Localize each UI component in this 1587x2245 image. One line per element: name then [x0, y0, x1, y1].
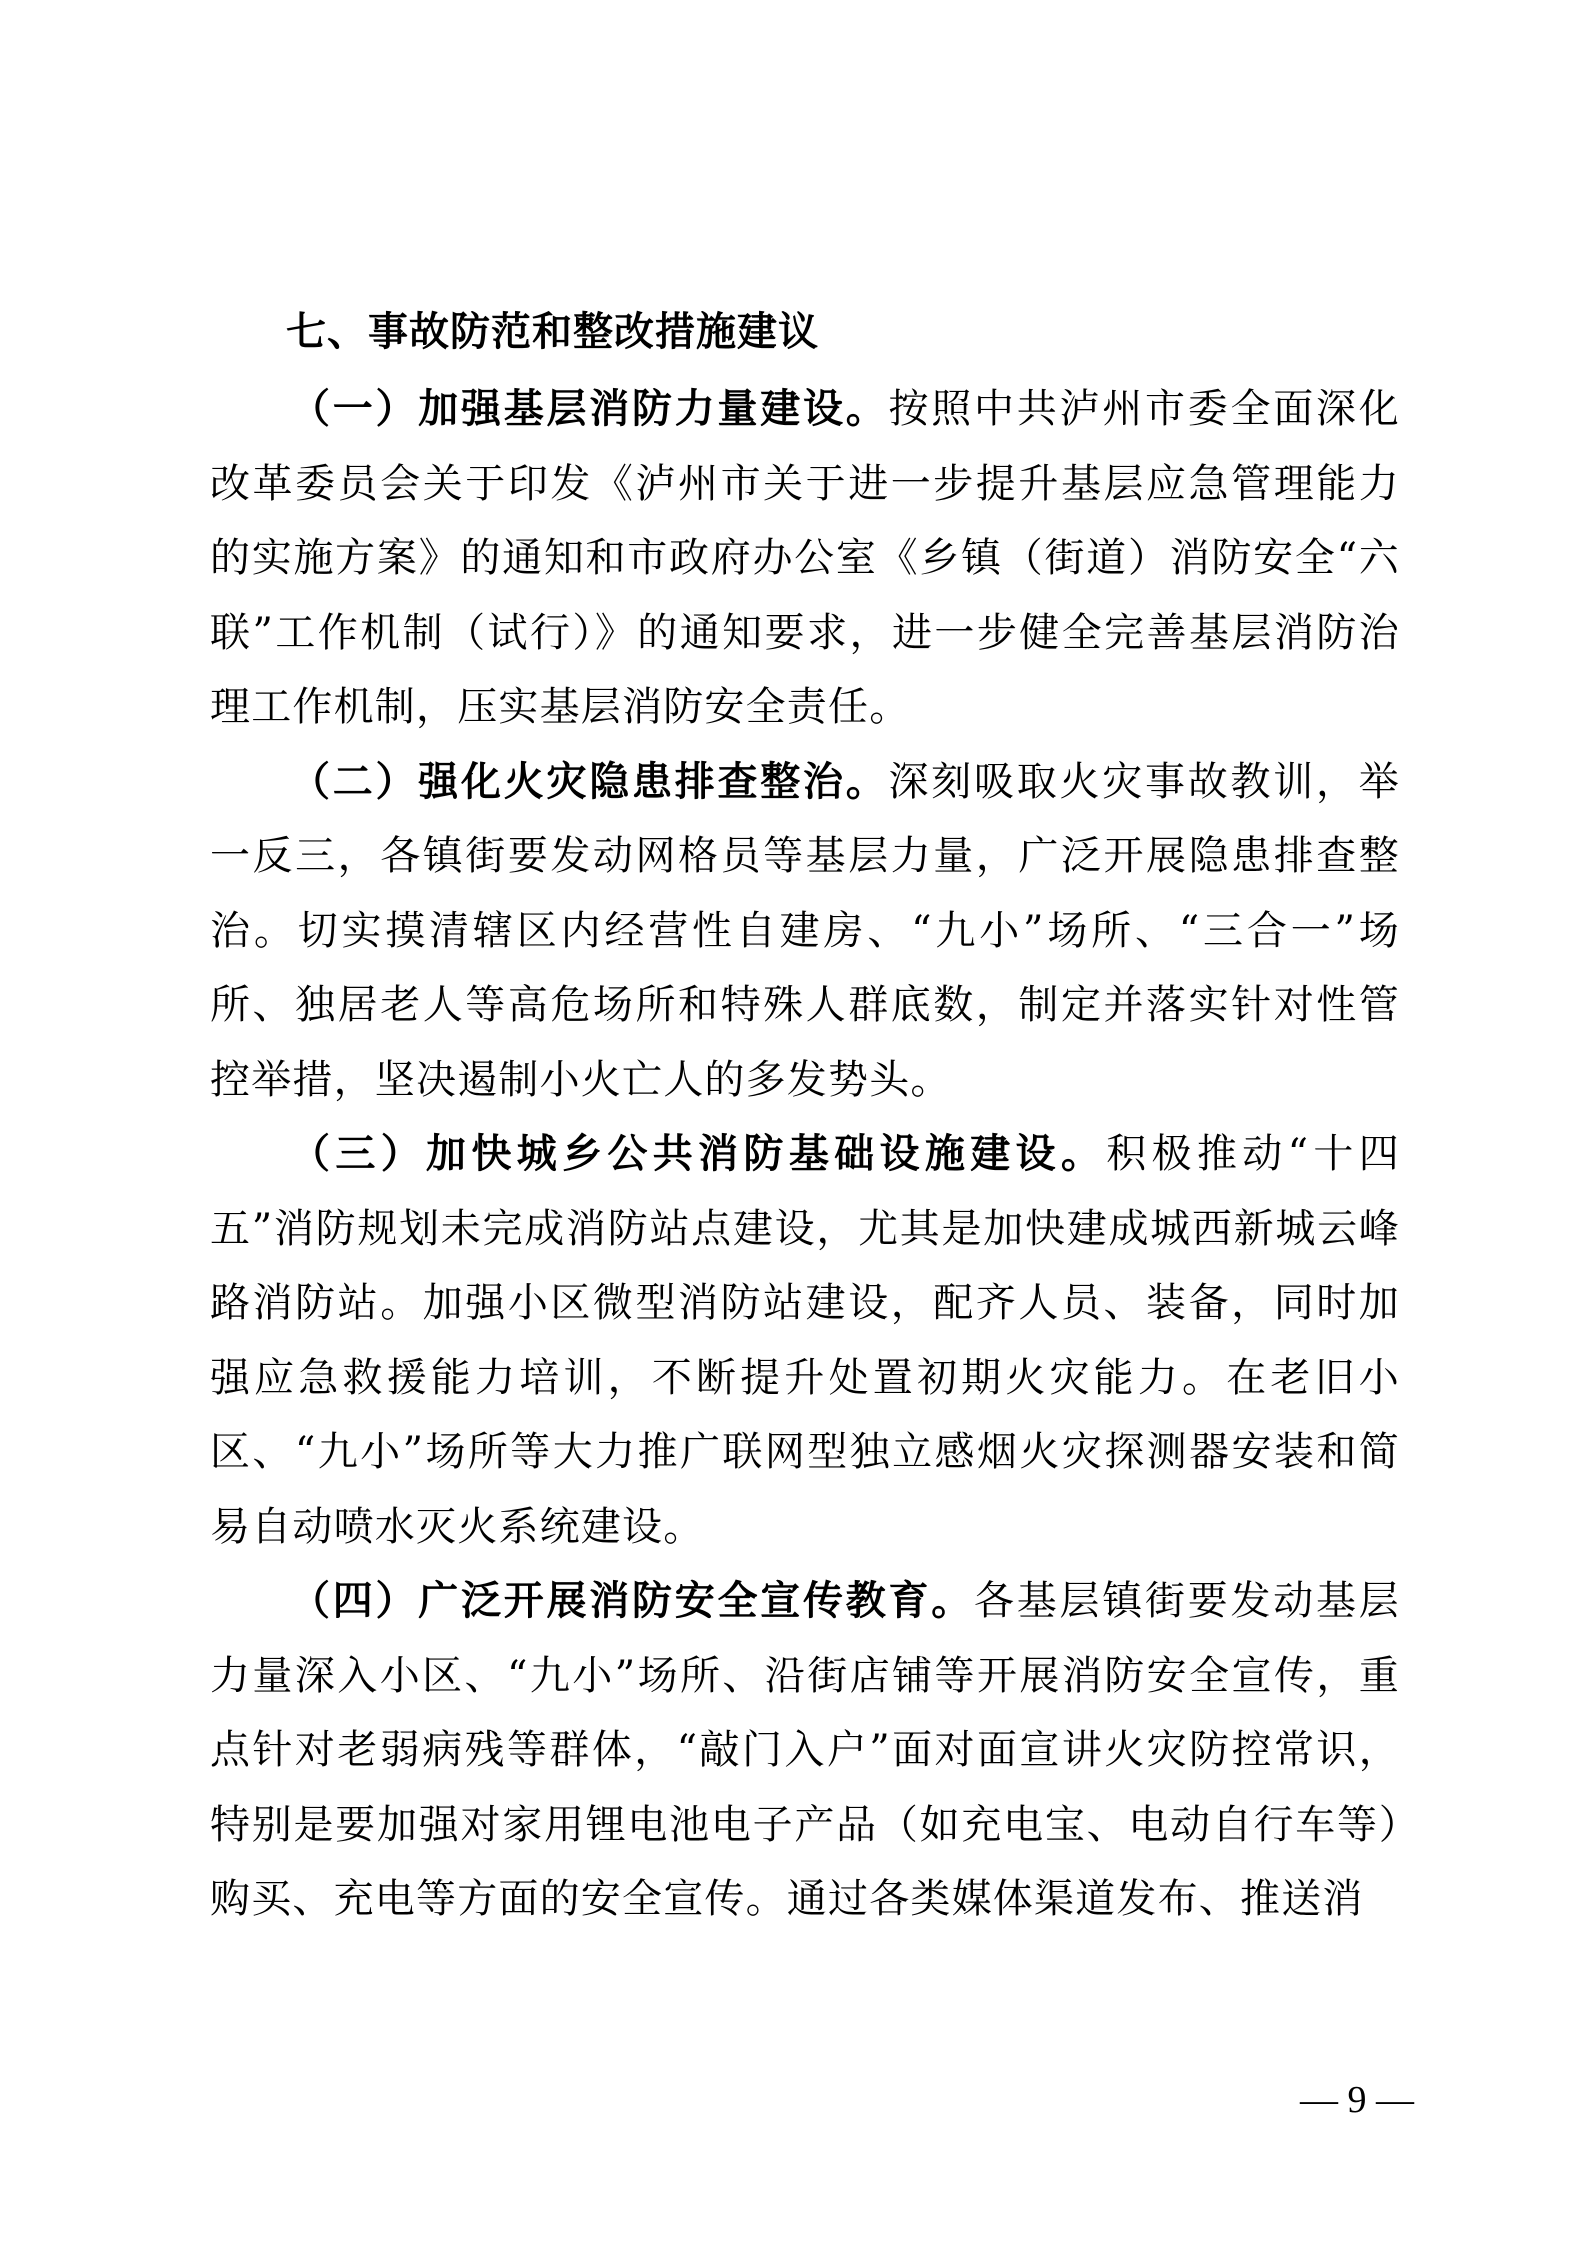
paragraph-1-lead: （一）加强基层消防力量建设。: [290, 386, 889, 432]
paragraph-4: （四）广泛开展消防安全宣传教育。各基层镇街要发动基层力量深入小区、“九小”场所、…: [210, 1564, 1400, 1937]
page-number: — 9 —: [1300, 2075, 1414, 2125]
paragraph-2-lead: （二）强化火灾隐患排查整治。: [290, 759, 889, 805]
paragraph-3-lead: （三）加快城乡公共消防基础设施建设。: [290, 1131, 1106, 1177]
paragraph-1: （一）加强基层消防力量建设。按照中共泸州市委全面深化改革委员会关于印发《泸州市关…: [210, 372, 1400, 745]
paragraph-2: （二）强化火灾隐患排查整治。深刻吸取火灾事故教训，举一反三，各镇街要发动网格员等…: [210, 745, 1400, 1118]
paragraph-3: （三）加快城乡公共消防基础设施建设。积极推动“十四五”消防规划未完成消防站点建设…: [210, 1117, 1400, 1564]
document-page: 七、事故防范和整改措施建议 （一）加强基层消防力量建设。按照中共泸州市委全面深化…: [0, 0, 1587, 2245]
section-heading: 七、事故防范和整改措施建议: [286, 302, 819, 362]
paragraph-4-body: 各基层镇街要发动基层力量深入小区、“九小”场所、沿街店铺等开展消防安全宣传，重点…: [210, 1578, 1400, 1922]
document-body: （一）加强基层消防力量建设。按照中共泸州市委全面深化改革委员会关于印发《泸州市关…: [210, 372, 1400, 1937]
paragraph-2-body: 深刻吸取火灾事故教训，举一反三，各镇街要发动网格员等基层力量，广泛开展隐患排查整…: [210, 759, 1400, 1103]
paragraph-1-body: 按照中共泸州市委全面深化改革委员会关于印发《泸州市关于进一步提升基层应急管理能力…: [210, 386, 1400, 730]
paragraph-4-lead: （四）广泛开展消防安全宣传教育。: [290, 1578, 974, 1624]
paragraph-3-body: 积极推动“十四五”消防规划未完成消防站点建设，尤其是加快建成城西新城云峰路消防站…: [210, 1131, 1400, 1550]
